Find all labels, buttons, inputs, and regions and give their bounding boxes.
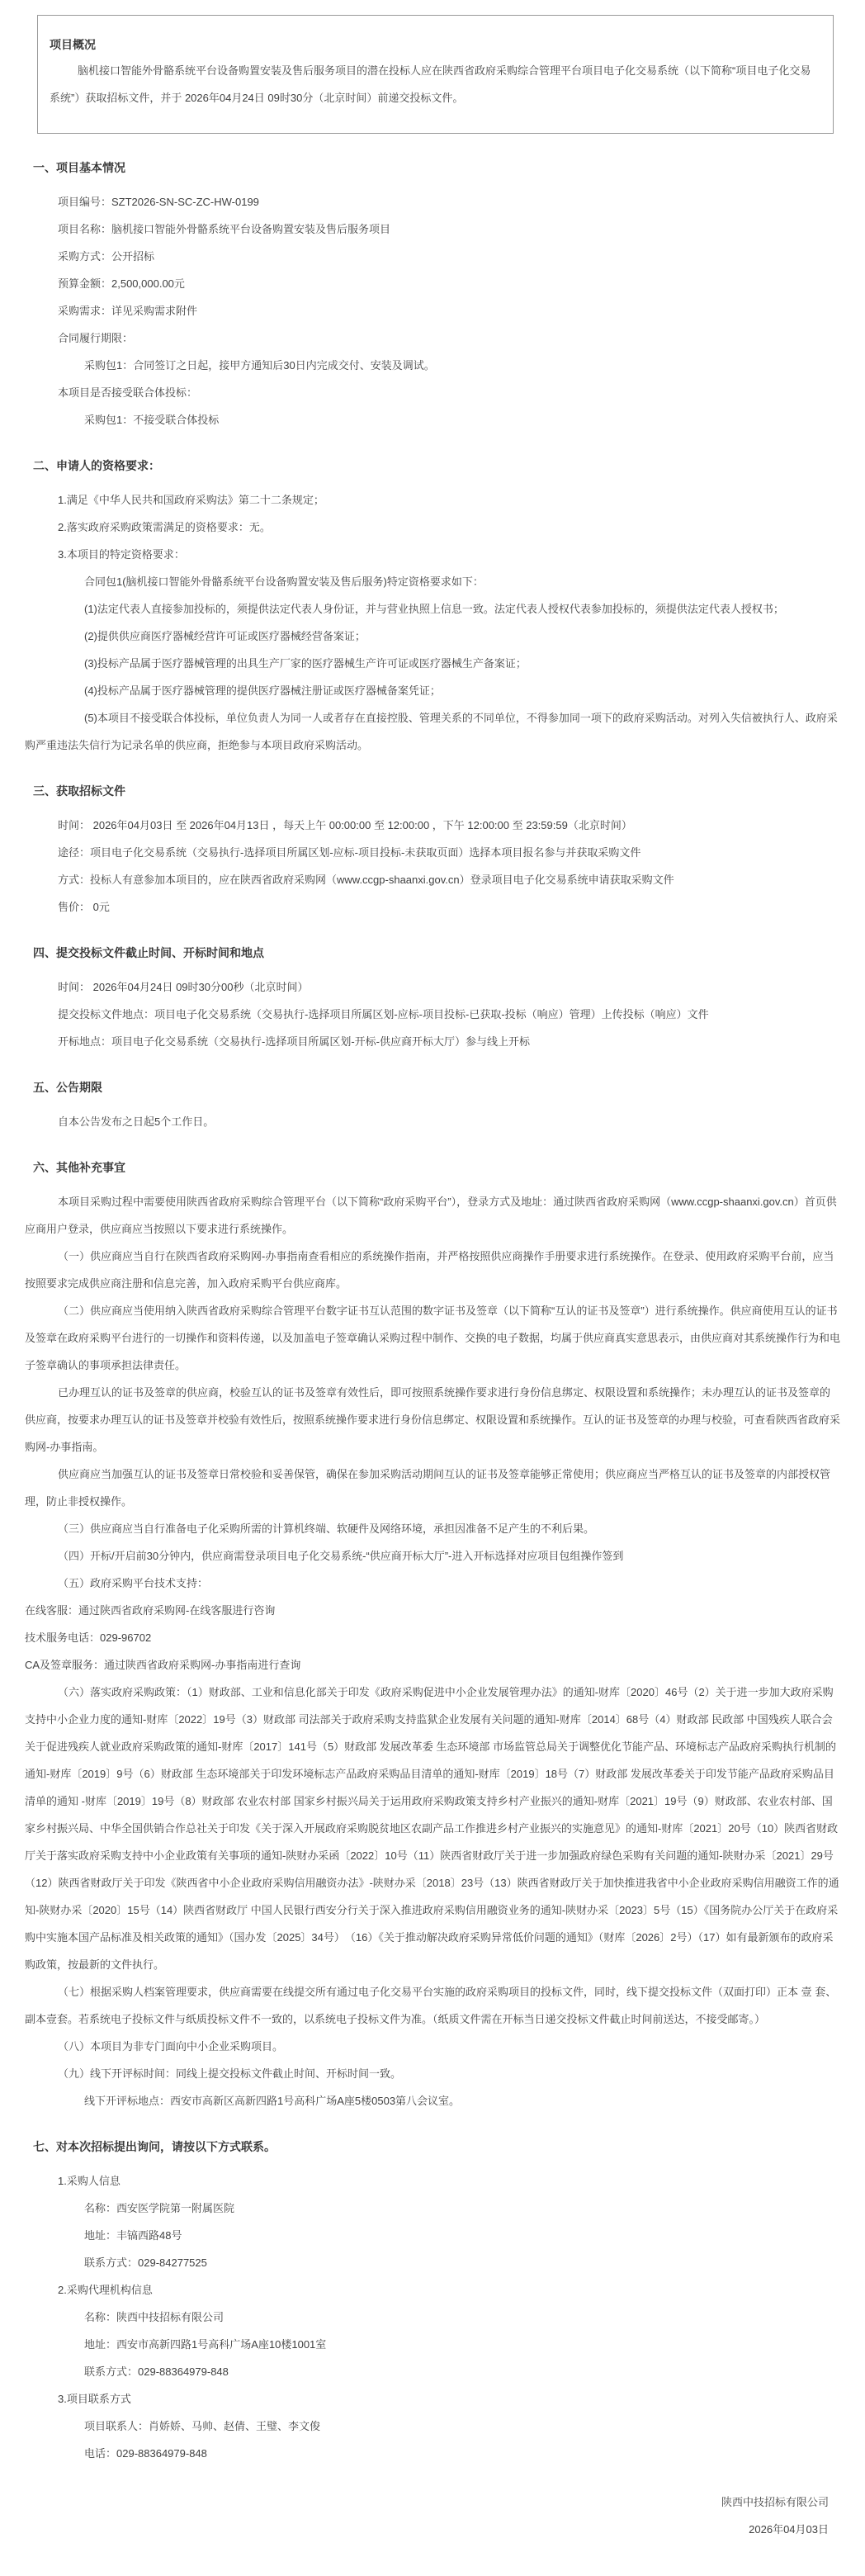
text-line: 联系方式：029-88364979-848 — [25, 2358, 840, 2385]
text-line: 途径：项目电子化交易系统（交易执行-选择项目所属区划-应标-项目投标-未获取页面… — [25, 839, 840, 866]
text-line: 2.采购代理机构信息 — [25, 2276, 840, 2304]
text-line: 项目联系人：肖娇娇、马帅、赵倩、王璧、李文俊 — [25, 2413, 840, 2440]
section-heading: 六、其他补充事宜 — [33, 1155, 840, 1180]
text-line: （七）根据采购人档案管理要求，供应商需要在线提交所有通过电子化交易平台实施的政府… — [25, 1978, 840, 2033]
overview-paragraph: 脑机接口智能外骨骼系统平台设备购置安装及售后服务项目的潜在投标人应在陕西省政府采… — [50, 57, 821, 111]
section: 二、申请人的资格要求：1.满足《中华人民共和国政府采购法》第二十二条规定；2.落… — [25, 453, 840, 759]
text-line: 项目编号：SZT2026-SN-SC-ZC-HW-0199 — [25, 188, 840, 215]
text-line: 项目名称：脑机接口智能外骨骼系统平台设备购置安装及售后服务项目 — [25, 215, 840, 243]
text-line: 预算金额：2,500,000.00元 — [25, 270, 840, 297]
footer-company: 陕西中技招标有限公司 — [25, 2488, 829, 2516]
text-line: （一）供应商应当自行在陕西省政府采购网-办事指南查看相应的系统操作指南，并严格按… — [25, 1243, 840, 1297]
section: 一、项目基本情况项目编号：SZT2026-SN-SC-ZC-HW-0199项目名… — [25, 155, 840, 433]
text-line: （三）供应商应当自行准备电子化采购所需的计算机终端、软硬件及网络环境，承担因准备… — [25, 1515, 840, 1542]
text-line: (4)投标产品属于医疗器械管理的提供医疗器械注册证或医疗器械备案凭证； — [25, 677, 840, 704]
text-line: 2.落实政府采购政策需满足的资格要求：无。 — [25, 514, 840, 541]
section: 四、提交投标文件截止时间、开标时间和地点时间： 2026年04月24日 09时3… — [25, 940, 840, 1055]
section: 三、获取招标文件时间： 2026年04月03日 至 2026年04月13日 ，每… — [25, 779, 840, 921]
text-line: （五）政府采购平台技术支持： — [25, 1570, 840, 1597]
text-line: 采购方式：公开招标 — [25, 243, 840, 270]
text-line: 本项目采购过程中需要使用陕西省政府采购综合管理平台（以下简称“政府采购平台”），… — [25, 1188, 840, 1243]
text-line: 采购需求：详见采购需求附件 — [25, 297, 840, 324]
text-line: 3.项目联系方式 — [25, 2385, 840, 2413]
text-line: 已办理互认的证书及签章的供应商，校验互认的证书及签章有效性后，即可按照系统操作要… — [25, 1379, 840, 1461]
text-line: 开标地点：项目电子化交易系统（交易执行-选择项目所属区划-开标-供应商开标大厅）… — [25, 1028, 840, 1055]
section: 七、对本次招标提出询问，请按以下方式联系。1.采购人信息名称：西安医学院第一附属… — [25, 2134, 840, 2467]
text-line: (1)法定代表人直接参加投标的，须提供法定代表人身份证，并与营业执照上信息一致。… — [25, 595, 840, 623]
section: 六、其他补充事宜本项目采购过程中需要使用陕西省政府采购综合管理平台（以下简称“政… — [25, 1155, 840, 2114]
text-line: (2)提供供应商医疗器械经营许可证或医疗器械经营备案证； — [25, 623, 840, 650]
text-line: （四）开标/开启前30分钟内，供应商需登录项目电子化交易系统-“供应商开标大厅”… — [25, 1542, 840, 1570]
text-line: 采购包1：不接受联合体投标 — [25, 406, 840, 433]
text-line: （八）本项目为非专门面向中小企业采购项目。 — [25, 2033, 840, 2060]
text-line: 在线客服：通过陕西省政府采购网-在线客服进行咨询 — [25, 1597, 840, 1624]
sections-container: 一、项目基本情况项目编号：SZT2026-SN-SC-ZC-HW-0199项目名… — [25, 155, 840, 2467]
text-line: 名称：陕西中技招标有限公司 — [25, 2304, 840, 2331]
text-line: (5)本项目不接受联合体投标，单位负责人为同一人或者存在直接控股、管理关系的不同… — [25, 704, 840, 759]
footer-date: 2026年04月03日 — [25, 2516, 829, 2543]
section-heading: 三、获取招标文件 — [33, 779, 840, 803]
text-line: 时间： 2026年04月03日 至 2026年04月13日 ，每天上午 00:0… — [25, 812, 840, 839]
text-line: CA及签章服务：通过陕西省政府采购网-办事指南进行查询 — [25, 1651, 840, 1679]
text-line: 方式：投标人有意参加本项目的，应在陕西省政府采购网（www.ccgp-shaan… — [25, 866, 840, 893]
text-line: （九）线下开评标时间：同线上提交投标文件截止时间、开标时间一致。 — [25, 2060, 840, 2087]
text-line: 1.满足《中华人民共和国政府采购法》第二十二条规定； — [25, 486, 840, 514]
text-line: 售价： 0元 — [25, 893, 840, 921]
section-heading: 七、对本次招标提出询问，请按以下方式联系。 — [33, 2134, 840, 2159]
text-line: 供应商应当加强互认的证书及签章日常校验和妥善保管，确保在参加采购活动期间互认的证… — [25, 1461, 840, 1515]
project-overview-box: 项目概况 脑机接口智能外骨骼系统平台设备购置安装及售后服务项目的潜在投标人应在陕… — [37, 15, 834, 134]
section-heading: 四、提交投标文件截止时间、开标时间和地点 — [33, 940, 840, 965]
overview-title: 项目概况 — [50, 32, 821, 57]
text-line: 时间： 2026年04月24日 09时30分00秒（北京时间） — [25, 973, 840, 1001]
text-line: 1.采购人信息 — [25, 2167, 840, 2195]
text-line: 采购包1：合同签订之日起，接甲方通知后30日内完成交付、安装及调试。 — [25, 352, 840, 379]
text-line: 地址：西安市高新四路1号高科广场A座10楼1001室 — [25, 2331, 840, 2358]
section-heading: 五、公告期限 — [33, 1075, 840, 1100]
text-line: （六）落实政府采购政策：（1）财政部、工业和信息化部关于印发《政府采购促进中小企… — [25, 1679, 840, 1978]
section-heading: 一、项目基本情况 — [33, 155, 840, 180]
text-line: 技术服务电话：029-96702 — [25, 1624, 840, 1651]
text-line: (3)投标产品属于医疗器械管理的出具生产厂家的医疗器械生产许可证或医疗器械生产备… — [25, 650, 840, 677]
section-heading: 二、申请人的资格要求： — [33, 453, 840, 478]
text-line: 合同履行期限： — [25, 324, 840, 352]
text-line: 合同包1(脑机接口智能外骨骼系统平台设备购置安装及售后服务)特定资格要求如下： — [25, 568, 840, 595]
text-line: 自本公告发布之日起5个工作日。 — [25, 1108, 840, 1135]
text-line: 线下开评标地点：西安市高新区高新四路1号高科广场A座5楼0503第八会议室。 — [25, 2087, 840, 2114]
announcement-page: 项目概况 脑机接口智能外骨骼系统平台设备购置安装及售后服务项目的潜在投标人应在陕… — [0, 0, 865, 2576]
text-line: 提交投标文件地点：项目电子化交易系统（交易执行-选择项目所属区划-应标-项目投标… — [25, 1001, 840, 1028]
text-line: 地址：丰镐西路48号 — [25, 2222, 840, 2249]
text-line: 电话：029-88364979-848 — [25, 2440, 840, 2467]
text-line: 联系方式：029-84277525 — [25, 2249, 840, 2276]
text-line: 本项目是否接受联合体投标： — [25, 379, 840, 406]
text-line: 名称：西安医学院第一附属医院 — [25, 2195, 840, 2222]
text-line: 3.本项目的特定资格要求： — [25, 541, 840, 568]
footer: 陕西中技招标有限公司 2026年04月03日 — [25, 2488, 840, 2543]
text-line: （二）供应商应当使用纳入陕西省政府采购综合管理平台数字证书互认范围的数字证书及签… — [25, 1297, 840, 1379]
section: 五、公告期限自本公告发布之日起5个工作日。 — [25, 1075, 840, 1135]
